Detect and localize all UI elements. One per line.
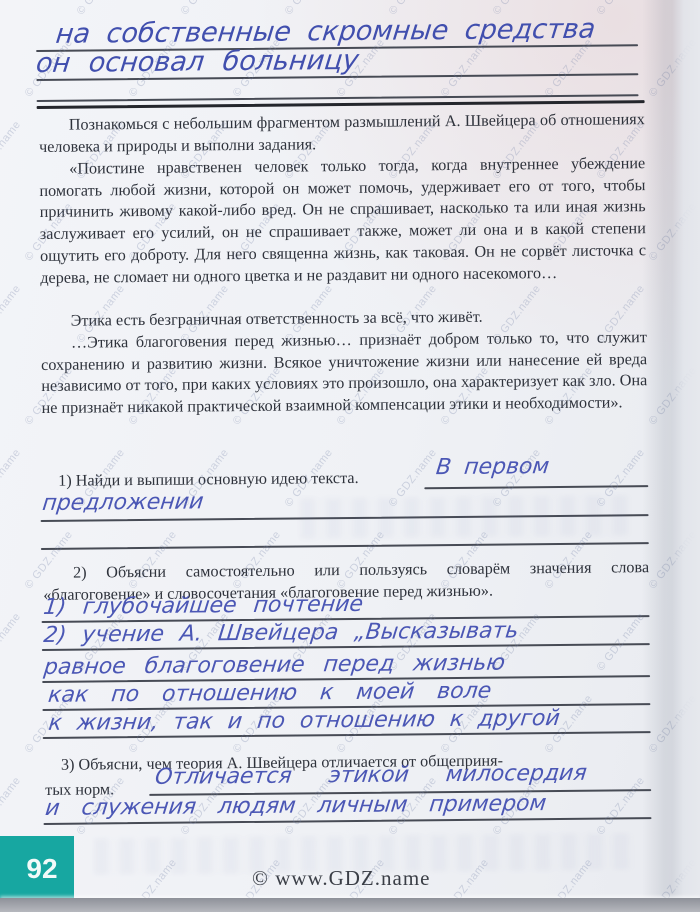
task2-answer-handwriting-3: равное благоговение перед жизнью [43, 651, 507, 680]
task2-answer-handwriting-2: 2) учение А. Швейцера „Высказывать [42, 618, 519, 648]
task3-answer-handwriting-2: и служения людям личным примером [44, 791, 548, 821]
task2-answer-handwriting-1: 1) глубочайшее почтение [42, 592, 364, 620]
task2-answer-handwriting-5: к жизни, так и по отношению к другой [47, 706, 561, 736]
page-content: на собственные скромные средства он осно… [0, 0, 700, 912]
footer-credit: © www.GDZ.name [252, 866, 430, 891]
task1-label: 1) Найди и выпиши основную идею текста. [58, 468, 359, 493]
task3-answer-handwriting-1: Отличается этикой милосердия [154, 761, 588, 790]
handwritten-text-top-2: он основал больницу [34, 45, 360, 79]
task2-answer-handwriting-4: как по отношению к моей воле [47, 679, 493, 708]
page-number: 92 [26, 853, 57, 885]
section-divider [37, 100, 645, 109]
page-number-badge: 92 [0, 836, 74, 902]
workbook-page-scan: © GDZ.name© GDZ.name© GDZ.name© GDZ.name… [0, 0, 700, 912]
answer-line [424, 485, 648, 489]
scan-bottom-edge [0, 898, 700, 912]
quote-paragraph-3: …Этика благоговения перед жизнью… призна… [41, 327, 648, 420]
intro-paragraph: Познакомься с небольшим фрагментом размы… [39, 109, 645, 158]
quote-paragraph-1: «Поистине нравственен человек только тог… [39, 153, 646, 289]
task1-answer-handwriting-1: В первом [435, 454, 551, 480]
task1-answer-handwriting-2: предложении [41, 489, 205, 516]
answer-line [41, 514, 649, 522]
answer-line [41, 542, 649, 550]
